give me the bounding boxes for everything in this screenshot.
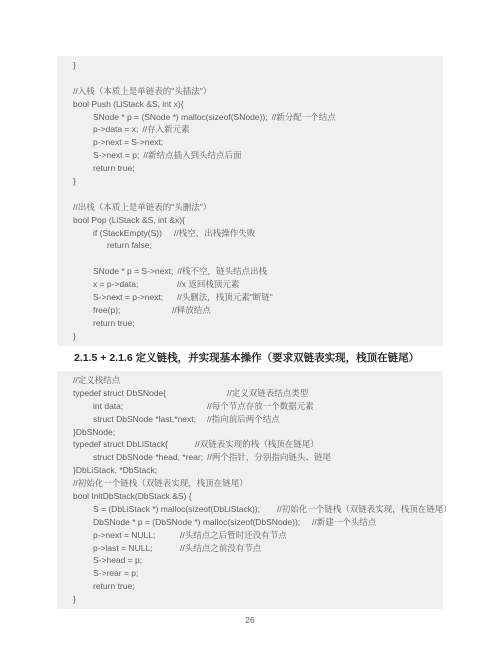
code-text: //定义栈结点 — [73, 374, 120, 387]
code-line — [73, 188, 437, 201]
code-line: //初始化一个链栈（双链表实现，栈顶在链尾） — [73, 477, 437, 490]
code-text: typedef struct DbSNode{ — [73, 387, 223, 400]
code-line: int data;//每个节点存放一个数据元素 — [73, 400, 437, 413]
code-text: x = p->data; — [93, 278, 173, 291]
code-text: return true; — [93, 162, 135, 175]
code-line: return true; — [73, 580, 437, 593]
code-text: } — [73, 175, 76, 188]
code-line: if (StackEmpty(S))//栈空，出栈操作失败 — [73, 227, 437, 240]
code-line — [73, 252, 437, 265]
code-line: }DbLiStack, *DbStack; — [73, 464, 437, 477]
code-comment: //新分配一个结点 — [268, 111, 336, 124]
code-block-push-pop: }//入栈（本质上是单链表的"头插法"）bool Push (LiStack &… — [57, 56, 443, 346]
code-text: DbSNode * p = (DbSNode *) malloc(sizeof(… — [93, 516, 308, 529]
code-comment: //指向前后两个结点 — [203, 413, 280, 426]
code-line: S->head = p; — [73, 554, 437, 567]
code-line: free(p);//释放结点 — [73, 304, 437, 317]
code-text: }DbSNode; — [73, 426, 115, 439]
code-text: struct DbSNode *last,*next; — [93, 413, 203, 426]
code-line: p->data = x;//存入新元素 — [73, 123, 437, 136]
code-text: //出栈（本质上是单链表的"头删法"） — [73, 201, 211, 214]
code-comment: //头删法，栈顶元素"断链" — [173, 291, 273, 304]
code-line: x = p->data;//x 返回栈顶元素 — [73, 278, 437, 291]
code-line: } — [73, 330, 437, 343]
code-line: return true; — [73, 162, 437, 175]
code-text: //初始化一个链栈（双链表实现，栈顶在链尾） — [73, 477, 248, 490]
code-comment: //定义双链表结点类型 — [223, 387, 308, 400]
code-comment: //新建一个头结点 — [308, 516, 376, 529]
code-text: S = (DbLiStack *) malloc(sizeof(DbLiStac… — [93, 503, 273, 516]
code-line: //出栈（本质上是单链表的"头删法"） — [73, 201, 437, 214]
code-text: int data; — [93, 400, 203, 413]
code-text: S->head = p; — [93, 554, 142, 567]
code-line: SNode * p = (SNode *) malloc(sizeof(SNod… — [73, 111, 437, 124]
code-line: } — [73, 59, 437, 72]
code-line: p->last = NULL;//头结点之前没有节点 — [73, 542, 437, 555]
code-line: S->next = p;//新结点插入到头结点后面 — [73, 149, 437, 162]
code-line: }DbSNode; — [73, 426, 437, 439]
code-text: SNode * p = S->next; — [93, 265, 173, 278]
code-line: SNode * p = S->next;//栈不空，链头结点出栈 — [73, 265, 437, 278]
code-comment: //存入新元素 — [138, 123, 189, 136]
code-comment: //新结点插入到头结点后面 — [139, 149, 241, 162]
code-text: if (StackEmpty(S)) — [93, 227, 170, 240]
code-comment: //头结点之后暂时还没有节点 — [176, 529, 287, 542]
code-line: //定义栈结点 — [73, 374, 437, 387]
code-text: //入栈（本质上是单链表的"头插法"） — [73, 85, 211, 98]
code-text: typedef struct DbLiStack{ — [73, 438, 191, 451]
code-comment: //头结点之前没有节点 — [176, 542, 261, 555]
code-line: bool InitDbStack(DbStack &S) { — [73, 490, 437, 503]
code-comment: //初始化一个链栈（双链表实现，栈顶在链尾） — [273, 503, 452, 516]
code-line: p->next = S->next; — [73, 136, 437, 149]
code-line: return false; — [73, 239, 437, 252]
code-line: } — [73, 593, 437, 606]
code-text: struct DbSNode *head, *rear; — [93, 451, 203, 464]
code-text: return false; — [107, 239, 152, 252]
code-text: S->rear = p; — [93, 567, 138, 580]
code-text: p->next = S->next; — [93, 136, 163, 149]
code-comment: //每个节点存放一个数据元素 — [203, 400, 314, 413]
code-comment: //双链表实现的栈（栈顶在链尾） — [191, 438, 319, 451]
code-line: //入栈（本质上是单链表的"头插法"） — [73, 85, 437, 98]
code-line: S->rear = p; — [73, 567, 437, 580]
page-number: 26 — [0, 615, 500, 625]
code-text: free(p); — [93, 304, 168, 317]
code-text: S->next = p; — [93, 149, 139, 162]
code-text: SNode * p = (SNode *) malloc(sizeof(SNod… — [93, 111, 268, 124]
code-text: p->last = NULL; — [93, 542, 176, 555]
code-text: return true; — [93, 580, 135, 593]
code-block-double-linked-stack: //定义栈结点typedef struct DbSNode{//定义双链表结点类… — [57, 371, 443, 609]
code-text: p->data = x; — [93, 123, 138, 136]
code-comment: //释放结点 — [168, 304, 211, 317]
code-line: typedef struct DbSNode{//定义双链表结点类型 — [73, 387, 437, 400]
code-line: DbSNode * p = (DbSNode *) malloc(sizeof(… — [73, 516, 437, 529]
code-text: } — [73, 59, 76, 72]
code-text: p->next = NULL; — [93, 529, 176, 542]
code-line: } — [73, 175, 437, 188]
code-line: typedef struct DbLiStack{//双链表实现的栈（栈顶在链尾… — [73, 438, 437, 451]
code-text: S->next = p->next; — [93, 291, 173, 304]
code-line: bool Pop (LiStack &S, int &x){ — [73, 214, 437, 227]
code-text: } — [73, 593, 76, 606]
code-line: S->next = p->next;//头删法，栈顶元素"断链" — [73, 291, 437, 304]
code-comment: //x 返回栈顶元素 — [173, 278, 239, 291]
code-text: return true; — [93, 317, 135, 330]
code-comment: //两个指针，分别指向链头、链尾 — [203, 451, 331, 464]
code-comment: //栈空，出栈操作失败 — [170, 227, 255, 240]
code-text: bool Push (LiStack &S, int x){ — [73, 98, 184, 111]
code-line: struct DbSNode *last,*next;//指向前后两个结点 — [73, 413, 437, 426]
code-text: bool Pop (LiStack &S, int &x){ — [73, 214, 185, 227]
code-comment: //栈不空，链头结点出栈 — [173, 265, 267, 278]
code-line: bool Push (LiStack &S, int x){ — [73, 98, 437, 111]
section-heading: 2.1.5 + 2.1.6 定义链栈，并实现基本操作（要求双链表实现，栈顶在链尾… — [74, 350, 474, 365]
code-text: } — [73, 330, 76, 343]
code-line: S = (DbLiStack *) malloc(sizeof(DbLiStac… — [73, 503, 437, 516]
code-text: }DbLiStack, *DbStack; — [73, 464, 157, 477]
code-line — [73, 72, 437, 85]
code-text: bool InitDbStack(DbStack &S) { — [73, 490, 192, 503]
code-line: p->next = NULL;//头结点之后暂时还没有节点 — [73, 529, 437, 542]
code-line: return true; — [73, 317, 437, 330]
code-line: struct DbSNode *head, *rear;//两个指针，分别指向链… — [73, 451, 437, 464]
